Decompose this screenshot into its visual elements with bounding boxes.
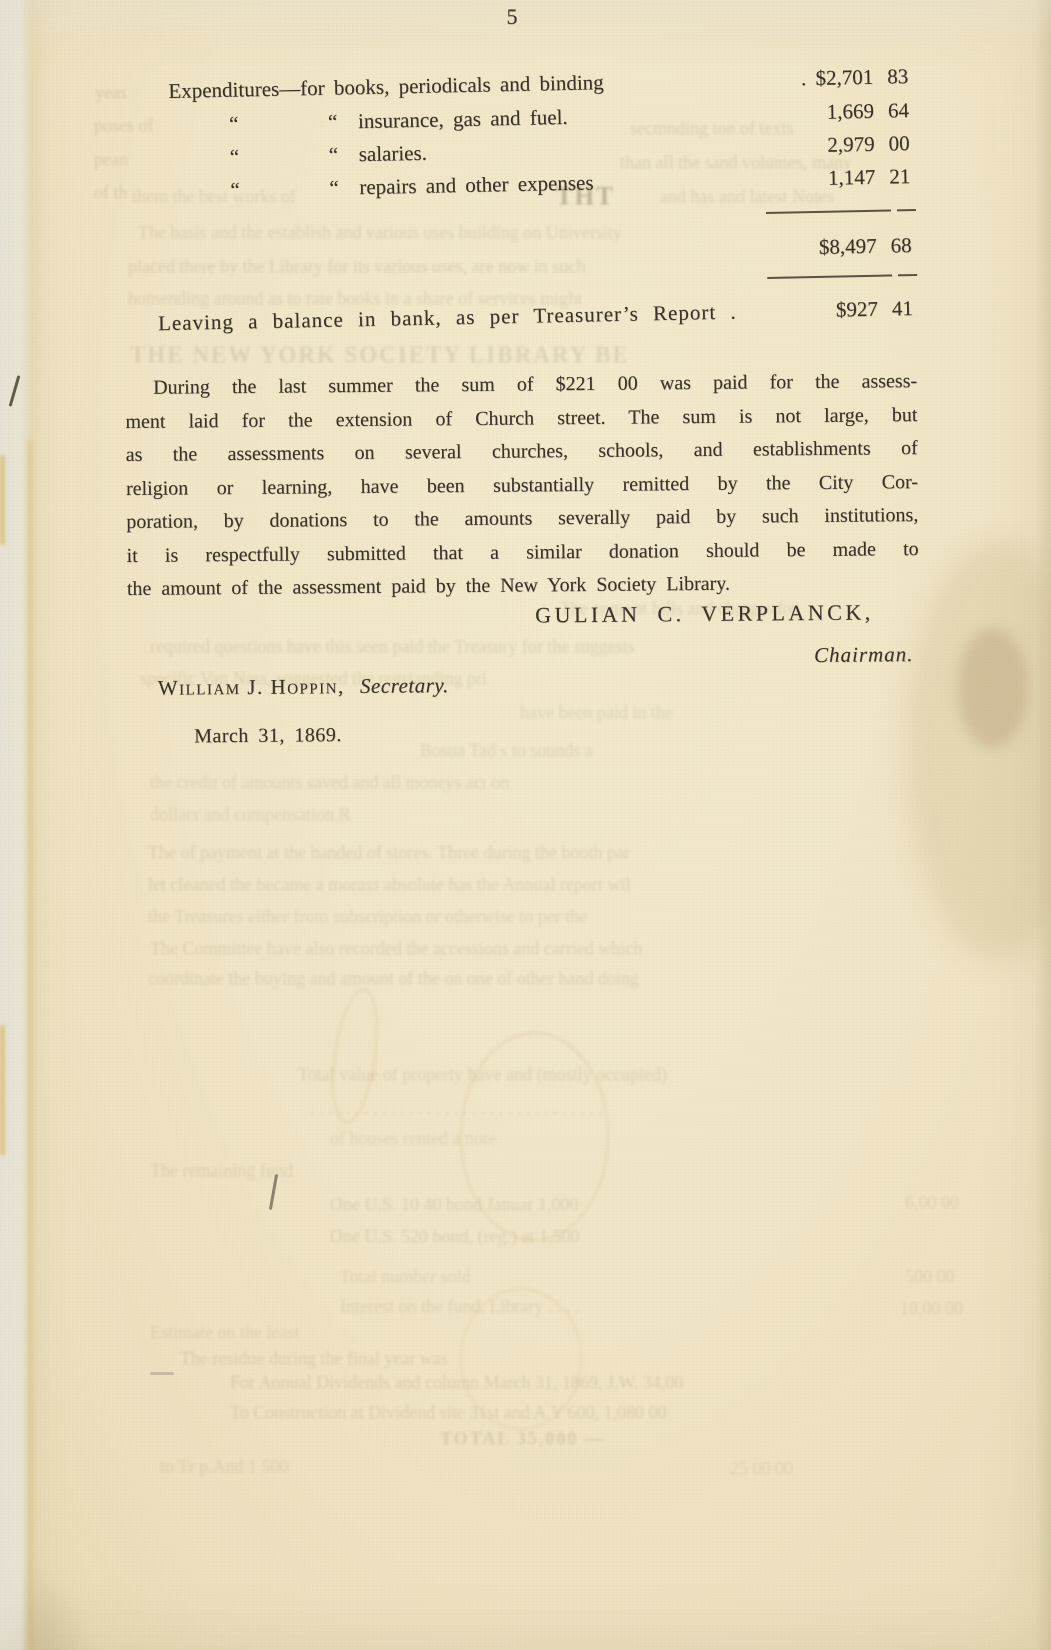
row-amount: 1,147 21	[779, 164, 915, 192]
amount-dollars: 1,669	[778, 99, 874, 126]
chairman-title: Chairman.	[814, 642, 914, 668]
balance-label: Leaving a balance in bank, as per Treasu…	[158, 300, 737, 337]
sum-rule	[766, 209, 916, 214]
row-amount: 1,669 64	[778, 98, 914, 126]
amount-cents: 21	[889, 164, 915, 190]
row-amount: 2,979 00	[778, 131, 914, 159]
amount-dollars: $8,497	[780, 234, 876, 261]
page-number: 5	[472, 4, 552, 30]
paragraph-line: it is respectfully submitted that a simi…	[126, 533, 918, 573]
secretary-signature: William J. Hoppin, Secretary.	[158, 673, 449, 701]
report-paragraph-block: During the last summer the sum of $221 0…	[125, 365, 921, 792]
ditto-mark: “	[230, 178, 240, 203]
total-amount: $8,497 68	[780, 233, 916, 261]
amount-dollars: 1,147	[779, 165, 875, 192]
scanned-page: yeasposes ofpeanof thsecmnding ton of te…	[0, 0, 1051, 1650]
row-label: insurance, gas and fuel.	[358, 105, 568, 134]
amount-cents: 64	[888, 98, 914, 124]
balance-row: Leaving a balance in bank, as per Treasu…	[130, 296, 918, 339]
row-label: Expenditures—for books, periodicals and …	[168, 70, 604, 104]
ditto-mark: “	[229, 145, 239, 170]
row-label: salaries.	[358, 141, 427, 167]
printed-content: 5 Expenditures—for books, periodicals an…	[0, 0, 1051, 1650]
signature-date: March 31, 1869.	[194, 724, 342, 748]
amount-cents: 83	[887, 64, 913, 90]
ditto-mark: “	[328, 110, 338, 135]
amount-dollars: 2,979	[778, 132, 874, 159]
ditto-mark: “	[329, 176, 339, 201]
amount-dollars: $927	[782, 297, 878, 324]
ditto-mark: “	[328, 143, 338, 168]
amount-dollars: . $2,701	[777, 65, 873, 92]
secretary-name: William J. Hoppin,	[158, 674, 345, 700]
row-label: repairs and other expenses	[359, 170, 594, 200]
amount-cents: 68	[890, 233, 916, 259]
amount-cents: 41	[892, 296, 918, 322]
total-row: $8,497 68	[129, 233, 917, 276]
ditto-mark: “	[229, 112, 239, 137]
amount-cents: 00	[888, 131, 914, 157]
balance-amount: $927 41	[782, 296, 918, 324]
secretary-title: Secretary.	[360, 673, 449, 698]
row-amount: . $2,701 83	[777, 64, 913, 92]
sum-rule	[767, 274, 917, 279]
chairman-signature: GULIAN C. VERPLANCK,	[535, 599, 874, 628]
expenditures-ledger: Expenditures—for books, periodicals and …	[125, 64, 919, 410]
